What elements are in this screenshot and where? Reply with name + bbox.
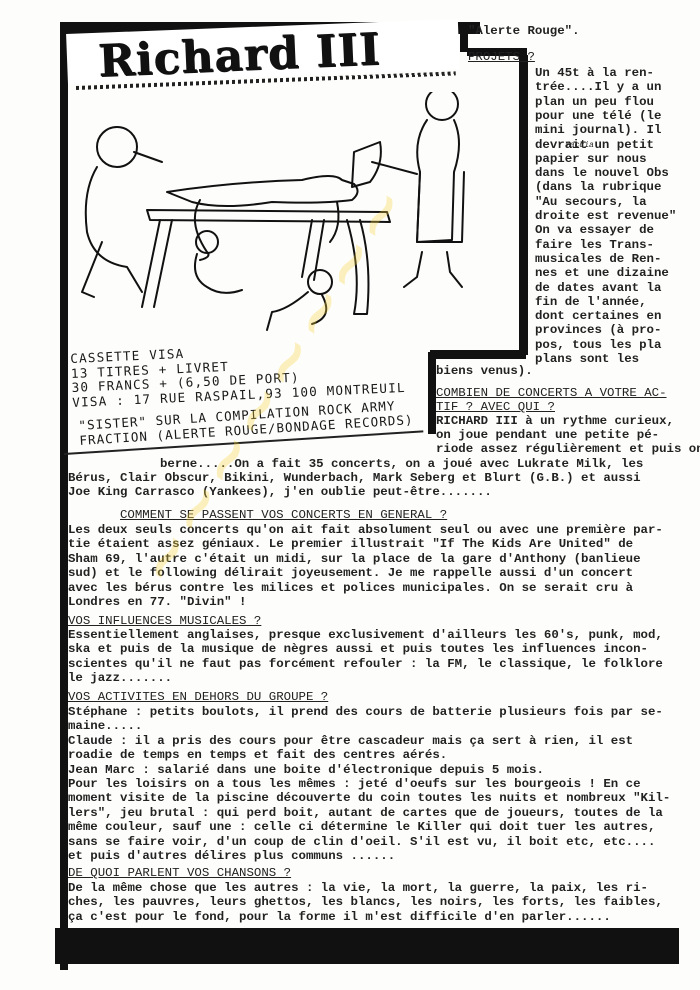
text-line: roadie de temps en temps et fait des cen… bbox=[68, 748, 447, 762]
frame-bar bbox=[519, 55, 528, 355]
text-line: De la même chose que les autres : la vie… bbox=[68, 881, 648, 895]
text-line: mini journal). Il bbox=[535, 123, 661, 137]
text-line: trée....Il y a un bbox=[535, 80, 661, 94]
text-line: ska et puis de la musique de nègres auss… bbox=[68, 642, 648, 656]
text-line: plans sont les bbox=[535, 352, 639, 366]
text-line: et puis d'autres délires plus communs ..… bbox=[68, 849, 395, 863]
text-line: Un 45t à la ren- bbox=[535, 66, 654, 80]
text-line: Joe King Carrasco (Yankees), j'en oublie… bbox=[68, 485, 492, 499]
text-line: ça c'est pour le fond, pour la forme il … bbox=[68, 910, 611, 924]
cassette-info: CASSETTE VISA13 TITRES + LIVRET30 FRANCS… bbox=[70, 337, 406, 410]
zine-page: Richard III "Alerte Rouge". PROJETS ? Un… bbox=[0, 0, 700, 990]
heading-chansons: DE QUOI PARLENT VOS CHANSONS ? bbox=[68, 866, 291, 880]
text-line: TIF ? AVEC QUI ? bbox=[436, 400, 555, 414]
handwritten-note: Yaccia bbox=[565, 139, 594, 153]
text-line: Les deux seuls concerts qu'on ait fait a… bbox=[68, 523, 663, 537]
heading-activites: VOS ACTIVITES EN DEHORS DU GROUPE ? bbox=[68, 690, 328, 704]
heading-comment-concerts: COMMENT SE PASSENT VOS CONCERTS EN GENER… bbox=[120, 508, 447, 522]
text-line: "Au secours, la bbox=[535, 195, 647, 209]
text-line: Pour les loisirs on a tous les mêmes : j… bbox=[68, 777, 641, 791]
text-line: tie étaient assez géniaux. Le premier il… bbox=[68, 537, 633, 551]
text-line: devrait un petit bbox=[535, 138, 654, 152]
text-line: moment visite de la piscine découverte d… bbox=[68, 791, 670, 805]
text-line: nes et une dizaine bbox=[535, 266, 669, 280]
text-line: avec les bérus contre les milices et pol… bbox=[68, 581, 633, 595]
text-line: de dates avant la bbox=[535, 281, 661, 295]
text-line: Londres en 77. "Divin" ! bbox=[68, 595, 246, 609]
text-line: Sham 69, l'autre c'était un midi, sur la… bbox=[68, 552, 641, 566]
text-line: papier sur nous bbox=[535, 152, 647, 166]
text-line: scientes qu'il ne faut pas forcément ref… bbox=[68, 657, 663, 671]
text-line: berne.....On a fait 35 concerts, on a jo… bbox=[160, 457, 643, 471]
quote-alerte-rouge: "Alerte Rouge". bbox=[468, 24, 580, 38]
text-line: pos, tous les pla bbox=[535, 338, 661, 352]
text-line: riode assez régulièrement et puis on hi- bbox=[436, 442, 700, 456]
text-line: dans le nouvel Obs bbox=[535, 166, 669, 180]
text-line: pour une télé (le bbox=[535, 109, 661, 123]
text-line: même couleur, sauf une : celle ci déterm… bbox=[68, 820, 655, 834]
text-line: maine..... bbox=[68, 719, 142, 733]
text-line: Claude : il a pris des cours pour être c… bbox=[68, 734, 633, 748]
text-line: droite est revenue" bbox=[535, 209, 676, 223]
text-line: COMBIEN DE CONCERTS A VOTRE AC- bbox=[436, 386, 667, 400]
projets-tail: biens venus). bbox=[436, 364, 533, 378]
heading-projets: PROJETS ? bbox=[468, 50, 535, 64]
text-line: On va essayer de bbox=[535, 223, 654, 237]
text-line: plan un peu flou bbox=[535, 95, 654, 109]
frame-bar bbox=[430, 350, 526, 359]
illustration bbox=[72, 92, 517, 347]
text-line: dont certaines en bbox=[535, 309, 661, 323]
text-line: on joue pendant une petite pé- bbox=[436, 428, 659, 442]
text-line: lers", jeu brutal : qui perd boit, autan… bbox=[68, 806, 663, 820]
text-line: faire les Trans- bbox=[535, 238, 654, 252]
frame-bar bbox=[428, 352, 436, 434]
heading-influences: VOS INFLUENCES MUSICALES ? bbox=[68, 614, 261, 628]
text-line: RICHARD III à un rythme curieux, bbox=[436, 414, 674, 428]
text-line: (dans la rubrique bbox=[535, 180, 661, 194]
text-line: ches, les pauvres, leurs ghettos, les bl… bbox=[68, 895, 663, 909]
text-line: Stéphane : petits boulots, il prend des … bbox=[68, 705, 663, 719]
text-line: fin de l'année, bbox=[535, 295, 647, 309]
frame-left-bar bbox=[60, 22, 68, 970]
text-line: Jean Marc : salarié dans une boite d'éle… bbox=[68, 763, 544, 777]
text-line: provinces (à pro- bbox=[535, 323, 661, 337]
text-line: le jazz....... bbox=[68, 671, 172, 685]
text-line: sans se faire voir, d'un coup de clin d'… bbox=[68, 835, 655, 849]
frame-bottom-bar bbox=[55, 928, 679, 964]
text-line: sud) et le following délirait joyeusemen… bbox=[68, 566, 633, 580]
text-line: Bérus, Clair Obscur, Bikini, Wunderbach,… bbox=[68, 471, 641, 485]
text-line: musicales de Ren- bbox=[535, 252, 661, 266]
text-line: Essentiellement anglaises, presque exclu… bbox=[68, 628, 663, 642]
